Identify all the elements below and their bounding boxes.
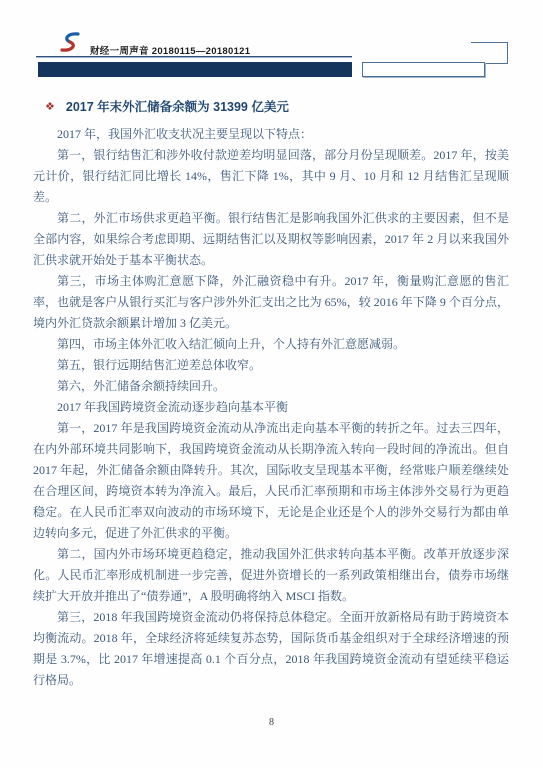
brand-s-logo-icon — [57, 31, 83, 55]
paragraph: 第六，外汇储备余额持续回升。 — [33, 376, 509, 397]
paragraph: 2017 年我国跨境资金流动逐步趋向基本平衡 — [33, 397, 509, 418]
header-navy-bar — [38, 62, 352, 77]
page-number: 8 — [269, 717, 274, 728]
paragraph: 第二，外汇市场供求更趋平衡。银行结售汇是影响我国外汇供求的主要因素，但不是全部内… — [33, 208, 509, 271]
decorative-outline-box-long — [362, 62, 485, 77]
diamond-bullet-icon: ❖ — [45, 100, 55, 113]
paragraph: 第一，银行结售汇和涉外收付款逆差均明显回落，部分月份呈现顺差。2017 年，按美… — [33, 145, 509, 208]
header-title: 财经一周声音 20180115—20180121 — [90, 43, 250, 57]
paragraph: 第三，2018 年我国跨境资金流动仍将保持总体稳定。全面开放新格局有助于跨境资本… — [33, 607, 509, 691]
page-footer: 8 — [0, 712, 543, 730]
paragraph-container: 2017 年，我国外汇收支状况主要呈现以下特点：第一，银行结售汇和涉外收付款逆差… — [33, 124, 509, 691]
paragraph: 第四，市场主体外汇收入结汇倾向上升，个人持有外汇意愿减弱。 — [33, 334, 509, 355]
header-rule — [36, 56, 352, 58]
paragraph: 第二，国内外市场环境更趋稳定，推动我国外汇供求转向基本平衡。改革开放逐步深化。人… — [33, 544, 509, 607]
paragraph: 2017 年，我国外汇收支状况主要呈现以下特点： — [33, 124, 509, 145]
paragraph: 第一，2017 年是我国跨境资金流动从净流出走向基本平衡的转折之年。过去三四年，… — [33, 418, 509, 544]
section-heading-text: 2017 年末外汇储备余额为 31399 亿美元 — [66, 97, 289, 115]
section-heading: ❖ 2017 年末外汇储备余额为 31399 亿美元 — [45, 97, 509, 115]
document-body: ❖ 2017 年末外汇储备余额为 31399 亿美元 2017 年，我国外汇收支… — [33, 97, 509, 691]
document-page: 财经一周声音 20180115—20180121 ❖ 2017 年末外汇储备余额… — [0, 0, 543, 768]
paragraph: 第五，银行远期结售汇逆差总体收窄。 — [33, 355, 509, 376]
paragraph: 第三，市场主体购汇意愿下降，外汇融资稳中有升。2017 年，衡量购汇意愿的售汇率… — [33, 271, 509, 334]
decorative-outline-box-upper — [471, 42, 508, 64]
